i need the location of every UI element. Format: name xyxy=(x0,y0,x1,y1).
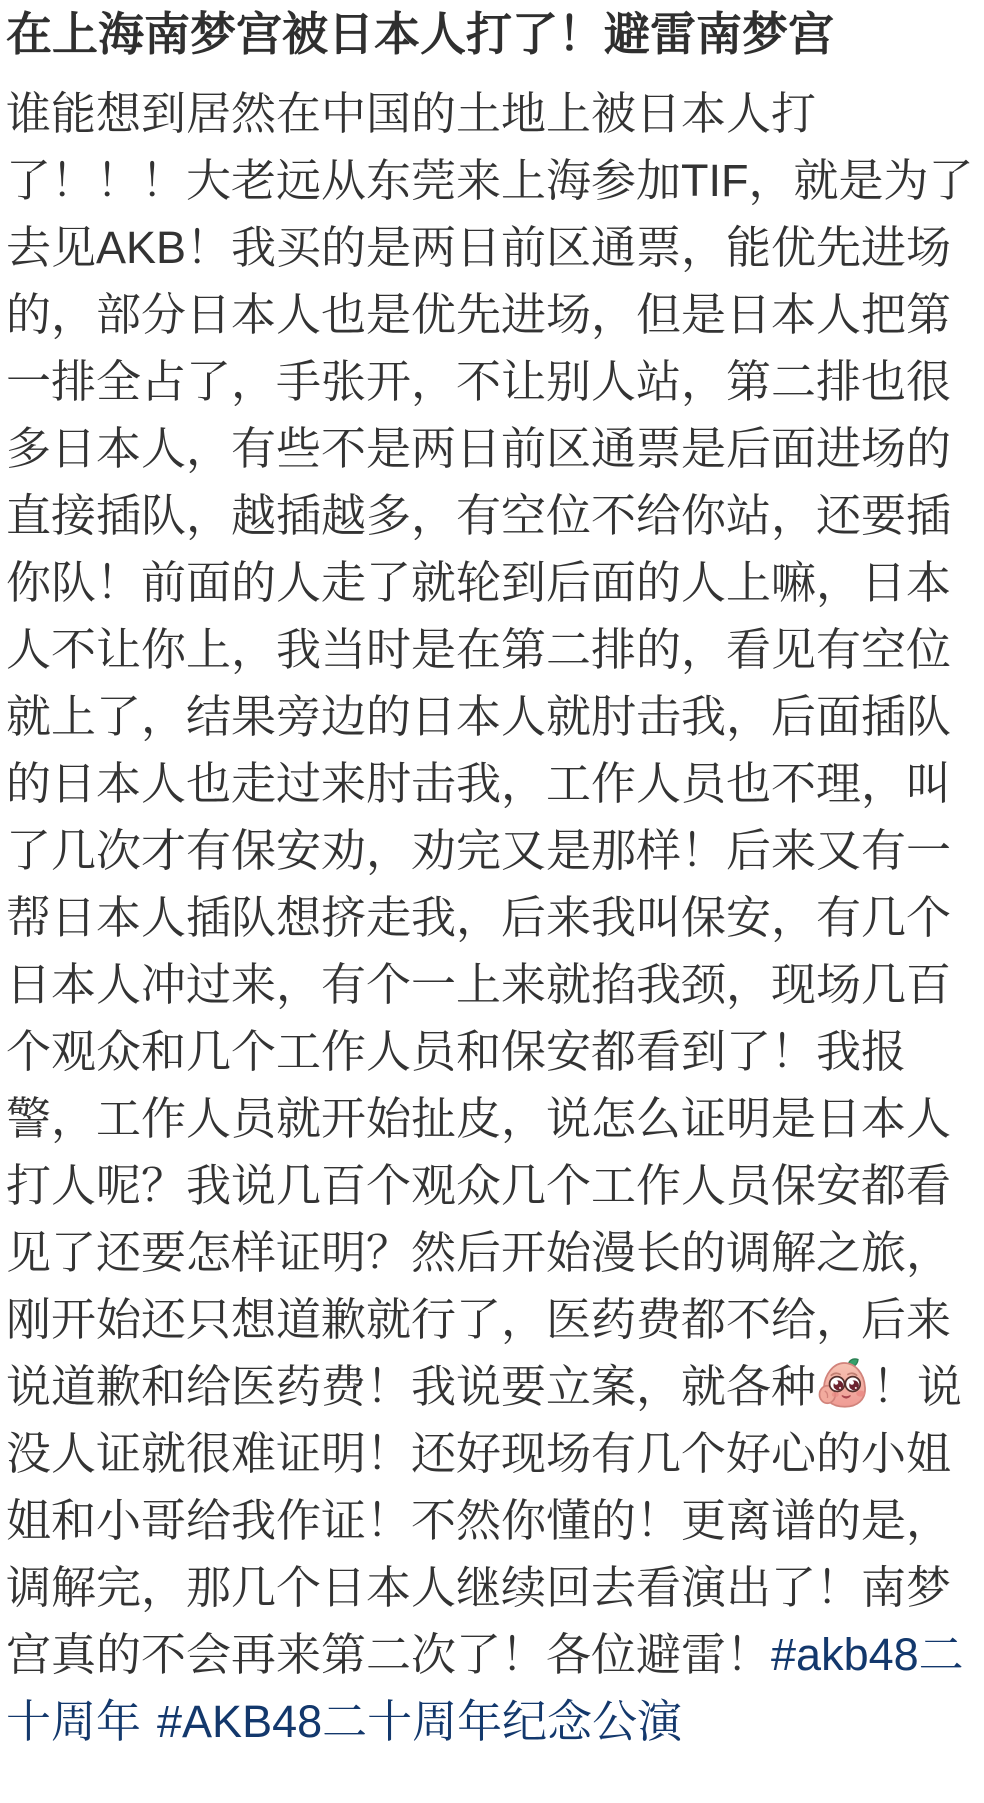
hashtag-akb48-20th-anniversary-commemorative-performance[interactable]: #AKB48二十周年纪念公演 xyxy=(157,1696,682,1747)
post-body: 谁能想到居然在中国的土地上被日本人打了！！！大老远从东莞来上海参加TIF，就是为… xyxy=(6,80,978,1755)
body-text-before-emoji: 谁能想到居然在中国的土地上被日本人打了！！！大老远从东莞来上海参加TIF，就是为… xyxy=(6,88,973,1412)
shy-blushing-peach-emoji-icon xyxy=(816,1356,872,1412)
post-content: 在上海南梦宫被日本人打了！避雷南梦宫 谁能想到居然在中国的土地上被日本人打了！！… xyxy=(0,0,984,1803)
post-title: 在上海南梦宫被日本人打了！避雷南梦宫 xyxy=(6,6,978,62)
